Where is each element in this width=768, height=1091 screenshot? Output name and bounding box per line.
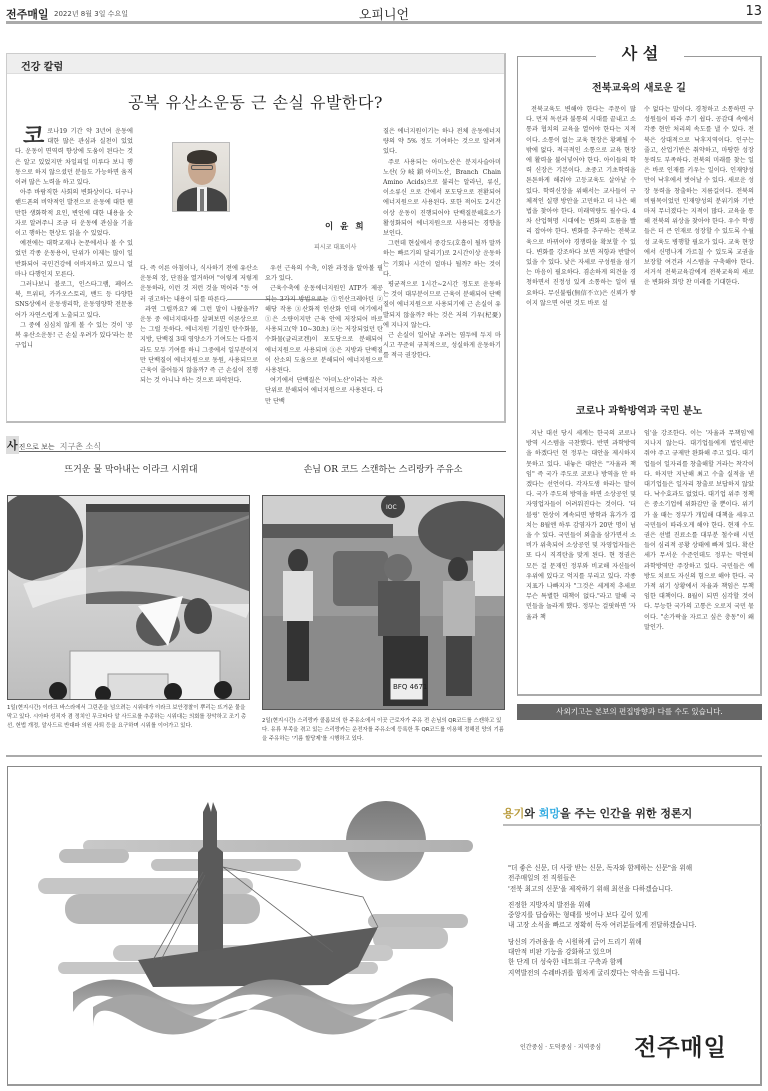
paragraph: 근 손실이 일어날 우려는 염두에 두지 마시고 꾸준히 규칙적으로, 성실하게…	[383, 331, 501, 362]
paragraph: 그런데 현실에서 중강도(호흡이 될까 말까 하는 빠르기의 달리기)로 2시간…	[383, 239, 501, 280]
photo-title-1: 뜨거운 물 막아내는 이라크 시위대	[6, 462, 256, 475]
pledge-line: "더 좋은 신문, 더 사랑 받는 신문, 독자와 함께하는 신문"을 위해	[508, 864, 692, 872]
disclaimer-banner: 사외기고는 본보의 편집방향과 다를 수도 있습니다.	[517, 704, 762, 720]
photo-title-2: 손님 OR 코드 스캔하는 스리랑카 주유소	[258, 462, 508, 475]
ad-slogan: 용기와 희망을 주는 인간을 위한 정론지	[503, 805, 692, 821]
pledge-line: '전북 최고의 신문'을 제작하기 위해 최선을 다하겠습니다.	[508, 885, 673, 893]
masthead-divider	[6, 21, 762, 24]
editorial-2-col-1: 지난 대선 당시 세계는 한국의 코로나 방역 시스템을 극찬했다. 반면 과학…	[526, 429, 636, 623]
editorial-2-col-2: 임'을 강조한다. 이는 '자율과 무책임'에 지나지 않는다. 대기업들에게 …	[644, 429, 754, 633]
paragraph: 그러나보니 블로그, 인스타그램, 페이스 북, 트위터, 카카오스토리, 밴드…	[15, 280, 133, 321]
editorial-headline-1: 전북교육의 새로운 길	[518, 79, 760, 94]
ioc-sign: IOC	[386, 504, 397, 511]
page-number: 13	[745, 4, 762, 19]
paragraph: 그 중에 심심치 않게 볼 수 있는 것이 '공복 유산소운동! 근 손실 우려…	[15, 321, 133, 352]
column-text-3: 우선 근육의 수축, 이완 과정을 알아볼 필요가 있다. 근육수축에 운동에너…	[265, 264, 383, 407]
photo-srilanka-station: BFQ 4671 IOC	[262, 495, 505, 710]
editorial-1-col-1: 전북교육도 변해야 한다는 주문이 많다. 먼저 독선과 불통의 시대를 끝내고…	[526, 105, 636, 309]
author-photo	[172, 142, 230, 212]
health-column: 건강 칼럼 공복 유산소운동 근 손실 유발한다? 코로나19 기간 약 3년여…	[6, 53, 506, 423]
header-initial: 사	[6, 436, 19, 454]
column-text-4: 질은 에너지원이기는 하나 전체 운동에너지량의 약 5% 정도 기여하는 것으…	[383, 127, 501, 362]
paragraph: 여기에서 단백질은 '아미노산'이라는 작은 단위로 분해되어 에너지원으로 사…	[265, 376, 383, 407]
slogan-divider	[503, 824, 761, 826]
pledge-paragraph-2: 진정한 지방자치 발전을 위해 중앙지를 답습하는 형태를 벗어나 보다 깊이 …	[508, 900, 697, 931]
paragraph: 우선 근육의 수축, 이완 과정을 알아볼 필요가 있다.	[265, 264, 383, 284]
dropcap: 코	[23, 127, 44, 145]
column-tag: 건강 칼럼	[7, 54, 504, 74]
paragraph: 지난 대선 당시 세계는 한국의 코로나 방역 시스템을 극찬했다. 반면 과학…	[526, 429, 636, 623]
header-small: 진으로 보는	[19, 443, 55, 451]
slogan-hope: 희망	[539, 807, 560, 820]
pledge-line: 진정한 지방자치 발전을 위해	[508, 901, 591, 909]
ship-illustration	[33, 797, 483, 1037]
pledge-line: 중앙지를 답습하는 형태를 벗어나 보다 깊이 있게	[508, 911, 648, 919]
paragraph: 수 없다는 말이다. 경청하고 소통하면 구성원들이 따라 주기 쉽다. 공감대…	[644, 105, 754, 289]
pledge-line: 당신의 가려움을 속 시원하게 긁어 드리기 위해	[508, 938, 642, 946]
slogan-and: 와	[524, 807, 538, 820]
pledge-line: 한 단계 더 성숙한 네트워크 구축과 함께	[508, 958, 623, 966]
photo-caption-1: 1일(현지시간) 이라크 바스라에서 그린존을 넘으려는 시위대가 이라크 보안…	[7, 704, 250, 731]
slogan-courage: 용기	[503, 807, 524, 820]
photo-caption-2: 2일(현지시간) 스리랑카 콜롬보의 한 주유소에서 이곳 근로자가 주유 전 …	[262, 717, 507, 744]
pledge-paragraph-1: "더 좋은 신문, 더 사랑 받는 신문, 독자와 함께하는 신문"을 위해 전…	[508, 863, 697, 894]
pledge-line: 내 고장 소식을 빠르고 정확히 독자 여러분들에게 전달하겠습니다.	[508, 921, 697, 929]
column-headline: 공복 유산소운동 근 손실 유발한다?	[7, 90, 504, 113]
newspaper-ad: 용기와 희망을 주는 인간을 위한 정론지 "더 좋은 신문, 더 사랑 받는 …	[7, 766, 762, 1086]
license-plate: BFQ 4671	[393, 683, 427, 691]
paragraph: 다. 즉 이른 아침이나, 식사하기 전에 유산소운동의 장, 단점을 열거하며…	[140, 264, 258, 305]
header-grey: 지구촌 소식	[60, 442, 101, 451]
paragraph: 임'을 강조한다. 이는 '자율과 무책임'에 지나지 않는다. 대기업들에게 …	[644, 429, 754, 633]
author-name: 이 윤 희	[325, 220, 366, 232]
editorial-headline-2: 코로나 과학방역과 국민 분노	[518, 402, 760, 417]
paragraph: 예전에는 대학교재나 논문에서나 볼 수 있었던 각종 운동용어, 단위가 이제…	[15, 239, 133, 280]
author-title: 피시코 대표이사	[314, 242, 356, 251]
column-text-2: 다. 즉 이른 아침이나, 식사하기 전에 유산소운동의 장, 단점을 열거하며…	[140, 264, 258, 386]
ad-pledge: "더 좋은 신문, 더 사랑 받는 신문, 독자와 함께하는 신문"을 위해 전…	[508, 863, 697, 984]
paragraph: 평균적으로 1시간~2시간 정도로 운동하는 것이 대부분이므로 근육이 분해되…	[383, 280, 501, 331]
paragraph: 아주 바람직한 사회의 변화상이다. 더구나 핸드폰의 비약적인 발전으로 운동…	[15, 188, 133, 239]
ad-motto: 인간중심 · 도덕중심 · 지역중심	[520, 1042, 601, 1051]
section-divider	[6, 755, 762, 757]
pledge-line: 지역발전의 수레바퀴를 힘차게 굴리겠다는 약속을 드립니다.	[508, 969, 680, 977]
paragraph: 질은 에너지원이기는 하나 전체 운동에너지량의 약 5% 정도 기여하는 것으…	[383, 127, 501, 158]
editorial-title: 사 설	[596, 41, 684, 64]
photo-iraq-protest	[7, 495, 250, 700]
pledge-line: 전주매일의 전 직원들은	[508, 874, 576, 882]
slogan-rest: 을 주는 인간을 위한 정론지	[560, 807, 692, 820]
ad-brand-logo: 전주매일	[634, 1029, 727, 1062]
editorial-1-col-2: 수 없다는 말이다. 경청하고 소통하면 구성원들이 따라 주기 쉽다. 공감대…	[644, 105, 754, 289]
editorial-section: 사 설 전북교육의 새로운 길 전북교육도 변해야 한다는 주문이 많다. 먼저…	[517, 56, 762, 696]
pledge-line: 대안적 비판 기능을 강화하고 있으며	[508, 948, 612, 956]
paragraph: 과연 그럴까요? 왜 그런 말이 나왔을까? 운동 중 에너지대사를 살펴보면 …	[140, 305, 258, 387]
paragraph: 근육수축에 운동에너지원인 ATP가 제공되는 3가지 방법으로는 ①인산크레아…	[265, 284, 383, 376]
pledge-paragraph-3: 당신의 가려움을 속 시원하게 긁어 드리기 위해 대안적 비판 기능을 강화하…	[508, 937, 697, 978]
paragraph: 주로 사용되는 아미노산은 분지사슬아미노산(分岐鎖아미노산, Branch C…	[383, 158, 501, 240]
paragraph: 전북교육도 변해야 한다는 주문이 많다. 먼저 독선과 불통의 시대를 끝내고…	[526, 105, 636, 309]
column-text-1: 코로나19 기간 약 3년여 운동에 대한 많은 관심과 실천이 있었다. 운동…	[15, 127, 133, 351]
photo-news-header: 사진으로 보는 지구촌 소식	[6, 434, 506, 452]
